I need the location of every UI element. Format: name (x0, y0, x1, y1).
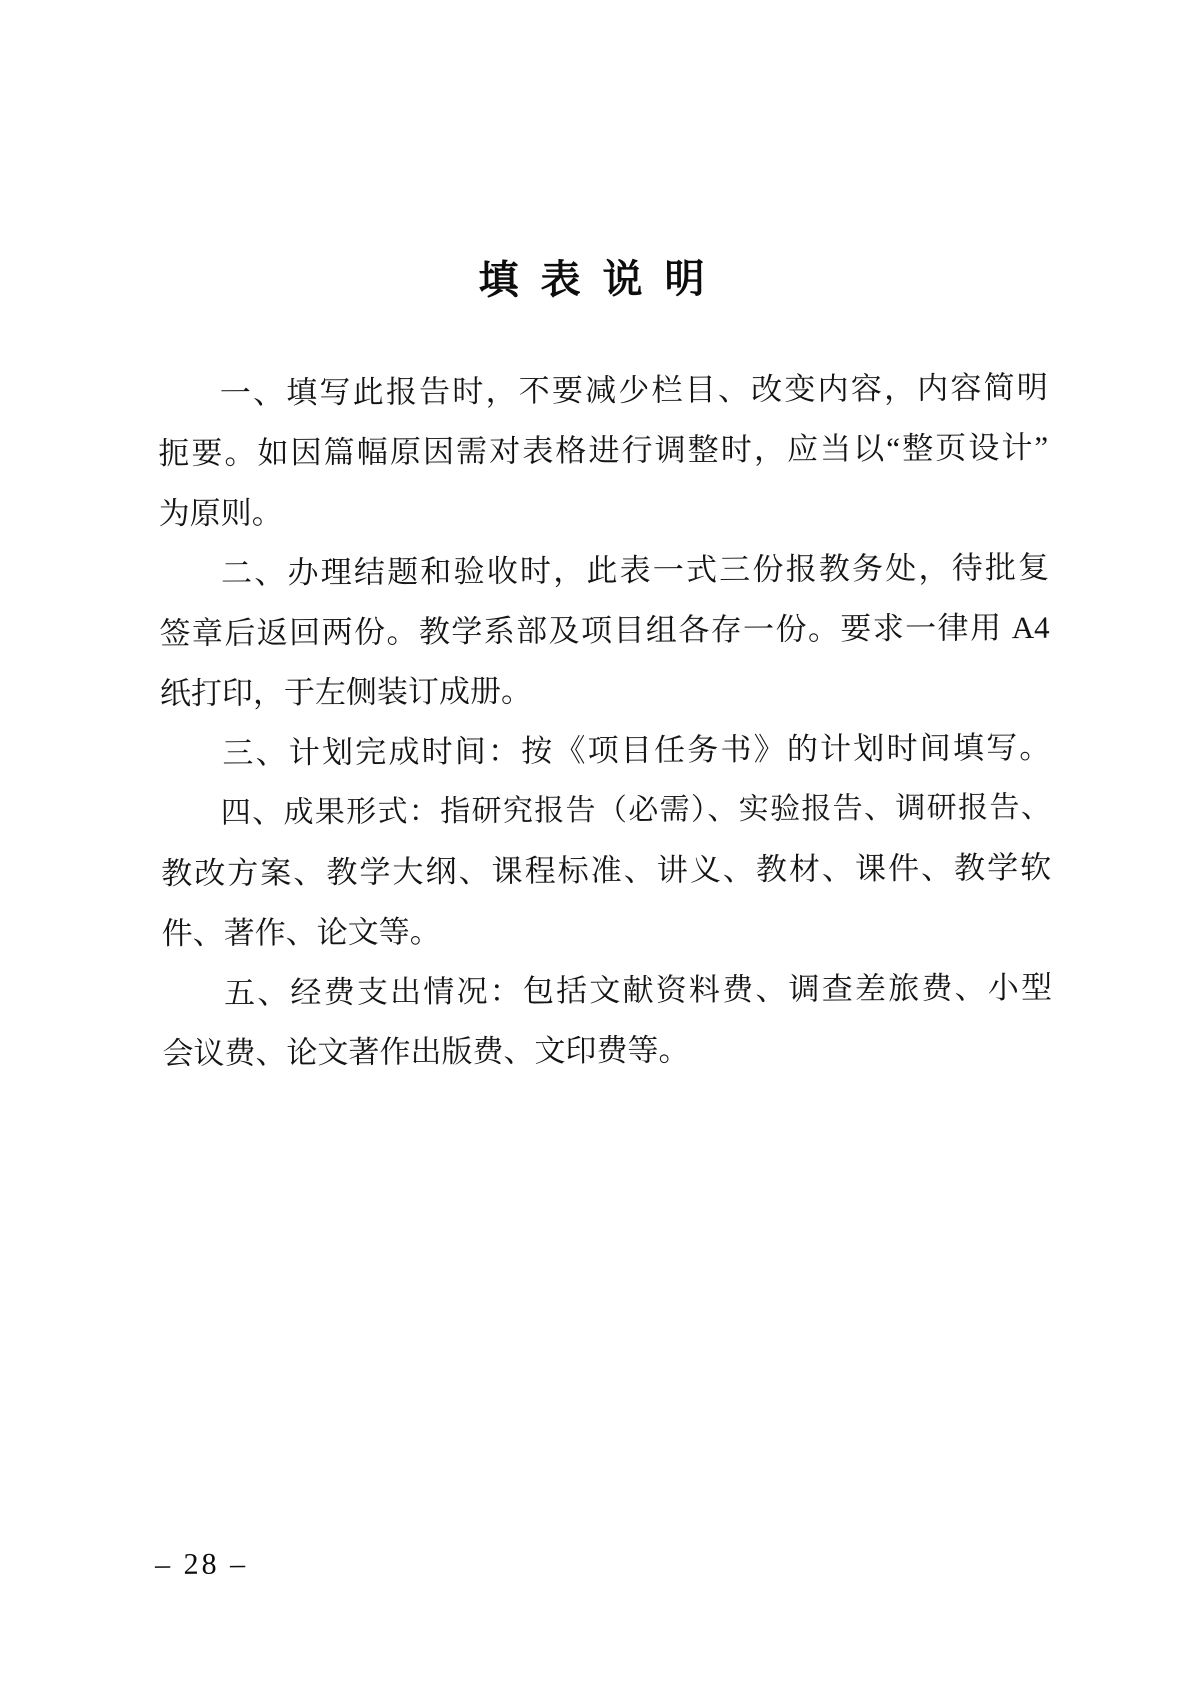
text-line: 签章后返回两份。教学系部及项目组各存一份。要求一律用 A4 (159, 598, 1049, 664)
instructions-body: 一、填写此报告时，不要减少栏目、改变内容，内容简明 扼要。如因篇幅原因需对表格进… (158, 358, 1053, 1084)
text-line: 二、办理结题和验收时，此表一式三份报教务处，待批复 (159, 538, 1049, 604)
text-line: 会议费、论文著作出版费、文印费等。 (162, 1018, 1052, 1084)
text-line: 为原则。 (158, 478, 1048, 544)
document-page: 填表说明 一、填写此报告时，不要减少栏目、改变内容，内容简明 扼要。如因篇幅原因… (0, 0, 1191, 1684)
page-number: – 28 – (155, 1547, 248, 1582)
text-line: 一、填写此报告时，不要减少栏目、改变内容，内容简明 (158, 358, 1048, 424)
text-line: 五、经费支出情况：包括文献资料费、调查差旅费、小型 (162, 958, 1052, 1024)
text-line: 纸打印，于左侧装订成册。 (160, 658, 1050, 724)
text-line: 扼要。如因篇幅原因需对表格进行调整时，应当以“整页设计” (158, 418, 1048, 484)
text-line: 件、著作、论文等。 (161, 898, 1051, 964)
page-content: 填表说明 一、填写此报告时，不要减少栏目、改变内容，内容简明 扼要。如因篇幅原因… (0, 0, 1191, 1684)
text-line: 四、成果形式：指研究报告（必需）、实验报告、调研报告、 (161, 778, 1051, 844)
page-title: 填表说明 (0, 244, 1187, 309)
text-line: 三、计划完成时间：按《项目任务书》的计划时间填写。 (160, 718, 1050, 784)
text-line: 教改方案、教学大纲、课程标准、讲义、教材、课件、教学软 (161, 838, 1051, 904)
